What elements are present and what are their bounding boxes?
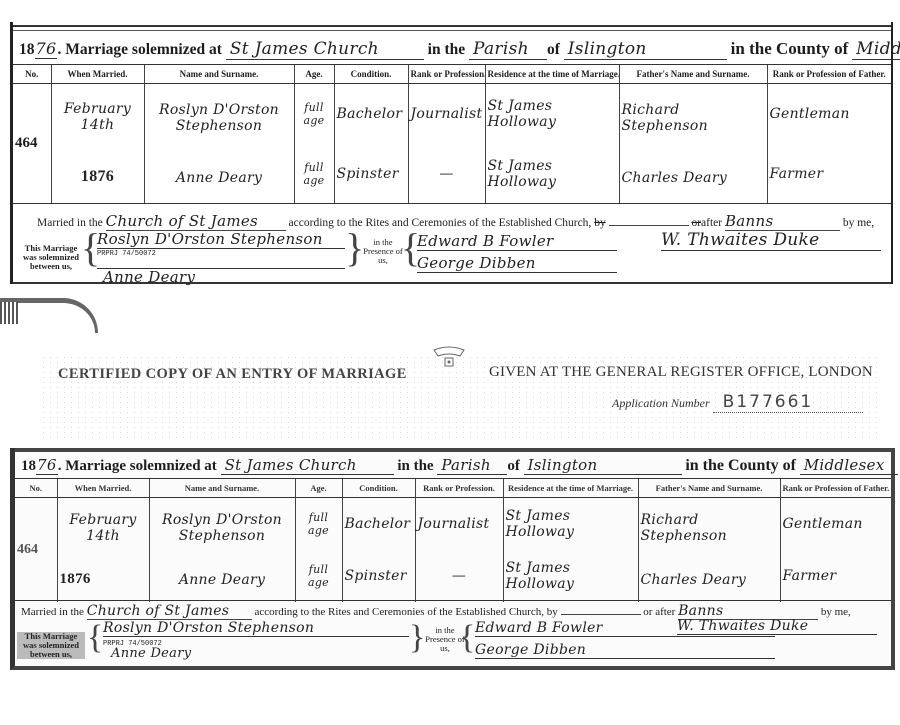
register-heading: 1876. Marriage solemnized at St James Ch…: [19, 39, 900, 60]
place-of-marriage: St James Church: [221, 456, 394, 475]
royal-crest-icon: [432, 346, 466, 370]
col-when-married: When Married.: [51, 65, 144, 84]
county-name: Middlesex: [852, 39, 900, 60]
married-in-value: Church of St James: [87, 603, 252, 620]
of-label: of: [547, 41, 560, 58]
solemnized-between-label: This Marriage was solemnized between us,: [17, 632, 85, 659]
col-residence: Residence at the time of Marriage.: [503, 479, 638, 498]
bride-residence: St James Holloway: [488, 158, 617, 190]
year-suffix: 76: [36, 456, 58, 475]
col-profession: Rank or Profession.: [415, 479, 503, 498]
groom-profession: Journalist: [411, 106, 483, 122]
groom-father-name: Richard Stephenson: [641, 512, 778, 544]
rites-text: according to the Rites and Ceremonies of…: [289, 217, 592, 229]
year-suffix: 76: [35, 39, 58, 59]
date-day: 14th: [86, 528, 120, 544]
of-label: of: [507, 458, 520, 474]
col-age: Age.: [294, 65, 334, 84]
entry-number: 464: [15, 498, 57, 602]
col-father-profession: Rank or Profession of Father.: [767, 65, 891, 84]
col-father-profession: Rank or Profession of Father.: [780, 479, 891, 498]
rites-text: according to the Rites and Ceremonies of…: [254, 606, 544, 618]
brace-left: {: [87, 618, 103, 658]
column-headers: No. When Married. Name and Surname. Age.…: [15, 479, 891, 498]
bride-age: full age: [297, 161, 332, 187]
bride-condition: Spinster: [337, 166, 406, 182]
top-rule-thin: [13, 30, 891, 31]
year-prefix: 18: [21, 458, 36, 474]
married-in-value: Church of St James: [106, 212, 286, 231]
groom-profession: Journalist: [418, 516, 501, 532]
col-condition: Condition.: [342, 479, 415, 498]
bride-father-profession: Farmer: [770, 166, 890, 182]
certified-register-entry: 1876. Marriage solemnized at St James Ch…: [10, 448, 895, 670]
col-when-married: When Married.: [57, 479, 149, 498]
bride-residence: St James Holloway: [506, 560, 636, 592]
in-the-label: in the: [428, 41, 465, 58]
by-me-label: by me,: [821, 606, 851, 618]
groom-age: full age: [298, 511, 340, 537]
bride-profession: —: [418, 568, 501, 584]
officiant-signature: W. Thwaites Duke: [661, 230, 881, 251]
witness-2-signature: George Dibben: [417, 254, 617, 273]
presence-label: in the Presence of us,: [361, 238, 405, 265]
bride-name: Anne Deary: [152, 572, 293, 588]
column-headers: No. When Married. Name and Surname. Age.…: [13, 65, 891, 84]
by-me-label: by me,: [843, 217, 874, 229]
col-father-name: Father's Name and Surname.: [619, 65, 767, 84]
witness-1-signature: Edward B Fowler: [417, 232, 617, 251]
col-no: No.: [13, 65, 51, 84]
brace-witness: {: [459, 618, 475, 658]
application-number-label: Application Number: [612, 396, 710, 410]
page-edge-decoration: [0, 302, 18, 324]
date-year: 1876: [60, 571, 147, 588]
by-label: by: [547, 606, 558, 618]
groom-residence: St James Holloway: [488, 98, 617, 130]
witness-1-signature: Edward B Fowler: [475, 620, 775, 637]
bride-name: Anne Deary: [147, 170, 292, 186]
after-value: Banns: [725, 212, 840, 231]
groom-condition: Bachelor: [337, 106, 406, 122]
brace-right: }: [409, 618, 425, 658]
district-type: Parish: [437, 456, 507, 475]
bride-profession: —: [411, 166, 483, 182]
groom-name: Roslyn D'Orston Stephenson: [152, 512, 293, 544]
date-year: 1876: [54, 168, 142, 186]
register-table: No. When Married. Name and Surname. Age.…: [15, 478, 891, 602]
col-name: Name and Surname.: [149, 479, 295, 498]
groom-signature-note: PRPRJ 74/50072: [97, 250, 156, 258]
district-name: Islington: [564, 39, 727, 60]
solemnized-between-label: This Marriage was solemnized between us,: [21, 244, 81, 271]
col-no: No.: [15, 479, 57, 498]
col-father-name: Father's Name and Surname.: [638, 479, 780, 498]
after-label: after: [701, 217, 722, 229]
groom-father-profession: Gentleman: [770, 106, 890, 122]
groom-father-name: Richard Stephenson: [622, 102, 765, 134]
or-after-label: or after: [643, 606, 675, 618]
table-row: 464 February14th 1876 Roslyn D'Orston St…: [15, 498, 891, 602]
groom-signature: Roslyn D'Orston Stephenson: [103, 620, 409, 637]
col-name: Name and Surname.: [144, 65, 294, 84]
col-age: Age.: [295, 479, 342, 498]
bottom-rule: [13, 282, 891, 284]
certificate-title: CERTIFIED COPY OF AN ENTRY OF MARRIAGE: [58, 366, 407, 383]
original-register-entry: 1876. Marriage solemnized at St James Ch…: [10, 22, 893, 284]
county-name: Middlesex: [800, 456, 898, 475]
col-profession: Rank or Profession.: [408, 65, 485, 84]
bride-condition: Spinster: [345, 568, 413, 584]
entry-number: 464: [13, 84, 51, 204]
register-table: No. When Married. Name and Surname. Age.…: [13, 64, 891, 204]
bride-father-name: Charles Deary: [641, 572, 778, 588]
groom-name: Roslyn D'Orston Stephenson: [147, 102, 292, 134]
place-of-marriage: St James Church: [226, 39, 424, 60]
married-in-label: Married in the: [21, 606, 84, 618]
groom-age: full age: [297, 101, 332, 127]
section-divider: [13, 203, 891, 204]
groom-father-profession: Gentleman: [783, 516, 890, 532]
solemnized-label: . Marriage solemnized at: [58, 458, 217, 474]
groom-residence: St James Holloway: [506, 508, 636, 540]
top-rule: [15, 448, 891, 452]
register-heading: 1876. Marriage solemnized at St James Ch…: [21, 456, 898, 475]
bride-father-name: Charles Deary: [622, 170, 765, 186]
district-type: Parish: [469, 39, 547, 60]
bride-age: full age: [298, 563, 340, 589]
date-month: February: [64, 101, 131, 117]
district-name: Islington: [524, 456, 682, 475]
bride-father-profession: Farmer: [783, 568, 890, 584]
section-divider: [15, 600, 891, 601]
witness-2-signature: George Dibben: [475, 642, 775, 659]
by-struck: by: [594, 217, 606, 229]
bride-signature: Anne Deary: [111, 646, 191, 661]
top-rule: [13, 25, 891, 27]
application-number-line: Application Number B177661: [612, 392, 863, 413]
application-number-value: B177661: [713, 392, 863, 413]
groom-condition: Bachelor: [345, 516, 413, 532]
in-the-label: in the: [397, 458, 433, 474]
groom-signature: Roslyn D'Orston Stephenson: [97, 230, 345, 249]
married-in-line: Married in the Church of St James accord…: [37, 212, 874, 231]
county-label: in the County of: [731, 39, 849, 58]
col-residence: Residence at the time of Marriage.: [485, 65, 619, 84]
date-day: 14th: [81, 117, 115, 133]
col-condition: Condition.: [334, 65, 408, 84]
issuing-office: GIVEN AT THE GENERAL REGISTER OFFICE, LO…: [489, 364, 873, 381]
table-row: 464 February14th 1876 Roslyn D'Orston St…: [13, 84, 891, 204]
or-struck: or: [691, 217, 701, 229]
date-month: February: [69, 512, 136, 528]
year-prefix: 18: [19, 41, 35, 58]
solemnized-label: . Marriage solemnized at: [57, 41, 221, 58]
county-label: in the County of: [685, 457, 796, 474]
